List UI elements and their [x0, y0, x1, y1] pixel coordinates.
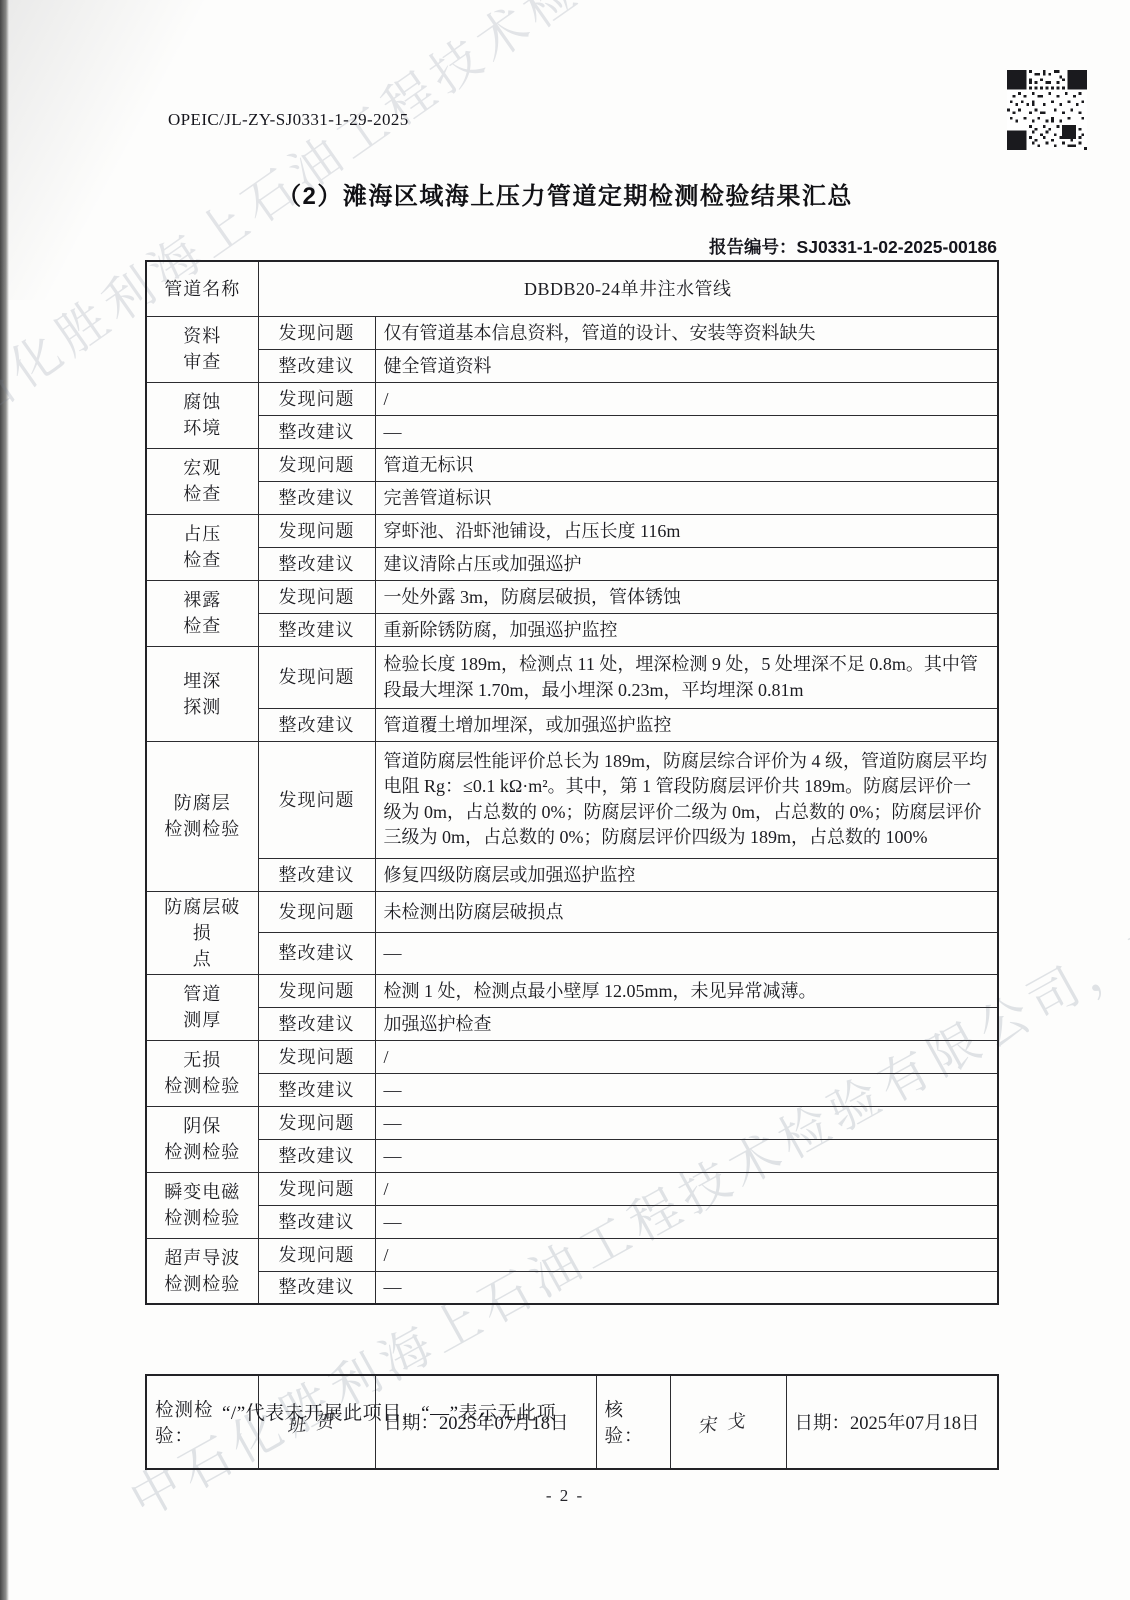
page-number: - 2 -: [0, 1486, 1130, 1506]
row-label-found: 发现问题: [258, 741, 375, 858]
row-label-found: 发现问题: [258, 514, 375, 547]
finding-cell: /: [375, 1040, 998, 1073]
row-label-suggestion: 整改建议: [258, 1139, 375, 1172]
verifier-signature-text: 宋戈: [698, 1405, 758, 1439]
pipeline-name-label: 管道名称: [146, 261, 258, 316]
finding-cell: 穿虾池、沿虾池铺设，占压长度 116m: [375, 514, 998, 547]
section-suggestion-row: 整改建议管道覆土增加埋深，或加强巡护监控: [146, 708, 998, 741]
row-label-suggestion: 整改建议: [258, 708, 375, 741]
finding-cell: —: [375, 1106, 998, 1139]
category-cell: 管道 测厚: [146, 974, 258, 1040]
section-found-row: 无损 检测检验发现问题/: [146, 1040, 998, 1073]
category-cell: 无损 检测检验: [146, 1040, 258, 1106]
finding-cell: 管道无标识: [375, 448, 998, 481]
suggestion-cell: 建议清除占压或加强巡护: [375, 547, 998, 580]
suggestion-cell: —: [375, 1139, 998, 1172]
row-label-found: 发现问题: [258, 974, 375, 1007]
section-suggestion-row: 整改建议—: [146, 933, 998, 975]
row-label-found: 发现问题: [258, 646, 375, 708]
row-label-suggestion: 整改建议: [258, 547, 375, 580]
row-label-suggestion: 整改建议: [258, 858, 375, 891]
inspection-result-table: 管道名称 DBDB20-24单井注水管线 资料 审查发现问题仅有管道基本信息资料…: [145, 260, 999, 1305]
suggestion-cell: —: [375, 415, 998, 448]
section-suggestion-row: 整改建议—: [146, 415, 998, 448]
verifier-signature: 宋戈: [670, 1375, 786, 1469]
report-number: 报告编号：SJ0331-1-02-2025-00186: [709, 234, 997, 259]
category-cell: 防腐层 检测检验: [146, 741, 258, 891]
category-cell: 腐蚀 环境: [146, 382, 258, 448]
document-code: OPEIC/JL-ZY-SJ0331-1-29-2025: [168, 110, 409, 130]
finding-cell: /: [375, 382, 998, 415]
row-label-found: 发现问题: [258, 1040, 375, 1073]
finding-cell: 仅有管道基本信息资料，管道的设计、安装等资料缺失: [375, 316, 998, 349]
legend-footnote: “/”代表未开展此项目，“—”表示无此项: [222, 1398, 556, 1425]
category-cell: 宏观 检查: [146, 448, 258, 514]
scanned-report-page: 中石化胜利海上石油工程技术检验有限公司 中石化胜利海上石油工程技术检验有限公司，…: [0, 0, 1130, 1600]
finding-cell: 管道防腐层性能评价总长为 189m，防腐层综合评价为 4 级，管道防腐层平均电阻…: [375, 741, 998, 858]
section-suggestion-row: 整改建议—: [146, 1073, 998, 1106]
section-found-row: 超声导波 检测检验发现问题/: [146, 1238, 998, 1271]
section-found-row: 埋深 探测发现问题检验长度 189m，检测点 11 处，埋深检测 9 处，5 处…: [146, 646, 998, 708]
section-found-row: 瞬变电磁 检测检验发现问题/: [146, 1172, 998, 1205]
page-title: （2）滩海区域海上压力管道定期检测检验结果汇总: [0, 176, 1130, 211]
suggestion-cell: —: [375, 933, 998, 975]
section-found-row: 防腐层破损 点发现问题未检测出防腐层破损点: [146, 891, 998, 933]
table-body: 管道名称 DBDB20-24单井注水管线 资料 审查发现问题仅有管道基本信息资料…: [146, 261, 998, 1304]
row-label-found: 发现问题: [258, 1238, 375, 1271]
row-label-suggestion: 整改建议: [258, 1205, 375, 1238]
row-label-found: 发现问题: [258, 580, 375, 613]
section-suggestion-row: 整改建议—: [146, 1139, 998, 1172]
pipeline-name-row: 管道名称 DBDB20-24单井注水管线: [146, 261, 998, 316]
row-label-suggestion: 整改建议: [258, 415, 375, 448]
suggestion-cell: 健全管道资料: [375, 349, 998, 382]
row-label-suggestion: 整改建议: [258, 349, 375, 382]
section-found-row: 资料 审查发现问题仅有管道基本信息资料，管道的设计、安装等资料缺失: [146, 316, 998, 349]
suggestion-cell: 修复四级防腐层或加强巡护监控: [375, 858, 998, 891]
section-found-row: 裸露 检查发现问题一处外露 3m，防腐层破损，管体锈蚀: [146, 580, 998, 613]
section-suggestion-row: 整改建议完善管道标识: [146, 481, 998, 514]
row-label-suggestion: 整改建议: [258, 1271, 375, 1304]
section-found-row: 防腐层 检测检验发现问题管道防腐层性能评价总长为 189m，防腐层综合评价为 4…: [146, 741, 998, 858]
section-found-row: 阴保 检测检验发现问题—: [146, 1106, 998, 1139]
finding-cell: /: [375, 1238, 998, 1271]
category-cell: 埋深 探测: [146, 646, 258, 741]
suggestion-cell: 加强巡护检查: [375, 1007, 998, 1040]
category-cell: 超声导波 检测检验: [146, 1238, 258, 1304]
verifier-label: 核验：: [596, 1375, 670, 1469]
section-found-row: 占压 检查发现问题穿虾池、沿虾池铺设，占压长度 116m: [146, 514, 998, 547]
section-suggestion-row: 整改建议健全管道资料: [146, 349, 998, 382]
section-suggestion-row: 整改建议—: [146, 1205, 998, 1238]
scan-corner-shade: [0, 0, 220, 300]
row-label-found: 发现问题: [258, 1106, 375, 1139]
row-label-found: 发现问题: [258, 891, 375, 933]
suggestion-cell: —: [375, 1271, 998, 1304]
suggestion-cell: 重新除锈防腐，加强巡护监控: [375, 613, 998, 646]
row-label-suggestion: 整改建议: [258, 481, 375, 514]
category-cell: 占压 检查: [146, 514, 258, 580]
qr-code-icon: [1007, 70, 1087, 150]
finding-cell: /: [375, 1172, 998, 1205]
pipeline-name-value: DBDB20-24单井注水管线: [258, 261, 998, 316]
category-cell: 裸露 检查: [146, 580, 258, 646]
finding-cell: 检验长度 189m，检测点 11 处，埋深检测 9 处，5 处埋深不足 0.8m…: [375, 646, 998, 708]
section-found-row: 腐蚀 环境发现问题/: [146, 382, 998, 415]
row-label-suggestion: 整改建议: [258, 933, 375, 975]
section-suggestion-row: 整改建议修复四级防腐层或加强巡护监控: [146, 858, 998, 891]
row-label-suggestion: 整改建议: [258, 613, 375, 646]
section-found-row: 管道 测厚发现问题检测 1 处，检测点最小壁厚 12.05mm，未见异常减薄。: [146, 974, 998, 1007]
row-label-suggestion: 整改建议: [258, 1007, 375, 1040]
suggestion-cell: 管道覆土增加埋深，或加强巡护监控: [375, 708, 998, 741]
section-suggestion-row: 整改建议建议清除占压或加强巡护: [146, 547, 998, 580]
section-suggestion-row: 整改建议重新除锈防腐，加强巡护监控: [146, 613, 998, 646]
row-label-suggestion: 整改建议: [258, 1073, 375, 1106]
row-label-found: 发现问题: [258, 382, 375, 415]
scan-edge-shadow: [0, 0, 9, 1600]
finding-cell: 未检测出防腐层破损点: [375, 891, 998, 933]
section-suggestion-row: 整改建议—: [146, 1271, 998, 1304]
suggestion-cell: —: [375, 1205, 998, 1238]
row-label-found: 发现问题: [258, 448, 375, 481]
category-cell: 防腐层破损 点: [146, 891, 258, 974]
suggestion-cell: 完善管道标识: [375, 481, 998, 514]
verifier-date: 日期：2025年07月18日: [786, 1375, 998, 1469]
section-found-row: 宏观 检查发现问题管道无标识: [146, 448, 998, 481]
row-label-found: 发现问题: [258, 1172, 375, 1205]
section-suggestion-row: 整改建议加强巡护检查: [146, 1007, 998, 1040]
finding-cell: 一处外露 3m，防腐层破损，管体锈蚀: [375, 580, 998, 613]
suggestion-cell: —: [375, 1073, 998, 1106]
finding-cell: 检测 1 处，检测点最小壁厚 12.05mm，未见异常减薄。: [375, 974, 998, 1007]
category-cell: 资料 审查: [146, 316, 258, 382]
category-cell: 瞬变电磁 检测检验: [146, 1172, 258, 1238]
row-label-found: 发现问题: [258, 316, 375, 349]
category-cell: 阴保 检测检验: [146, 1106, 258, 1172]
